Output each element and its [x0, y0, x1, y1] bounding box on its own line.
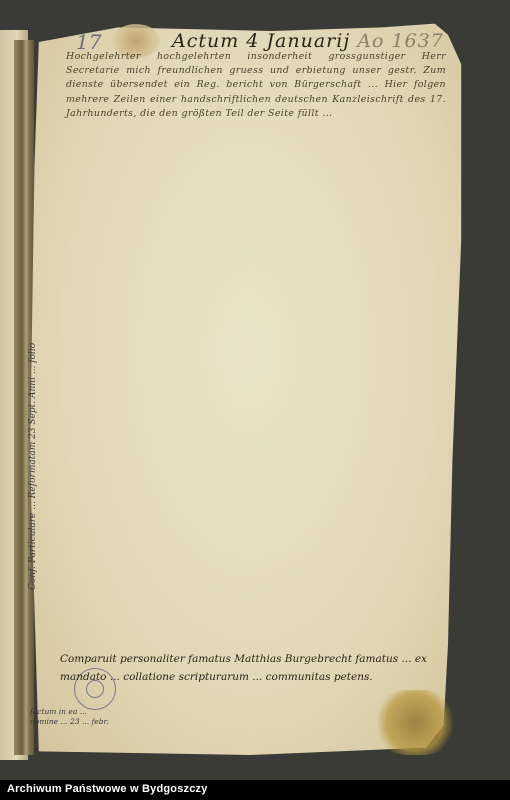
manuscript-body: Hochgelehrter hochgelehrten insonderheit… [66, 50, 446, 121]
manuscript-page [30, 20, 470, 755]
margin-annotation: Conf. Particulare ... Reformatam 23 Sept… [28, 343, 38, 590]
caption-bar: Archiwum Państwowe w Bydgoszczy [0, 780, 510, 800]
side-note: factum in ea ... nomine ... 23 ... febr. [30, 707, 110, 727]
archive-caption: Archiwum Państwowe w Bydgoszczy [7, 783, 208, 795]
document-scan: 17 Actum 4 Januarij Ao 1637 Hochgelehrte… [0, 0, 510, 780]
water-stain [375, 690, 455, 755]
heading-text: Actum 4 Januarij [172, 30, 350, 52]
latin-footnote: Comparuit personaliter famatus Matthias … [60, 650, 440, 686]
document-heading: Actum 4 Januarij Ao 1637 [172, 30, 444, 52]
heading-year: Ao 1637 [357, 30, 444, 52]
